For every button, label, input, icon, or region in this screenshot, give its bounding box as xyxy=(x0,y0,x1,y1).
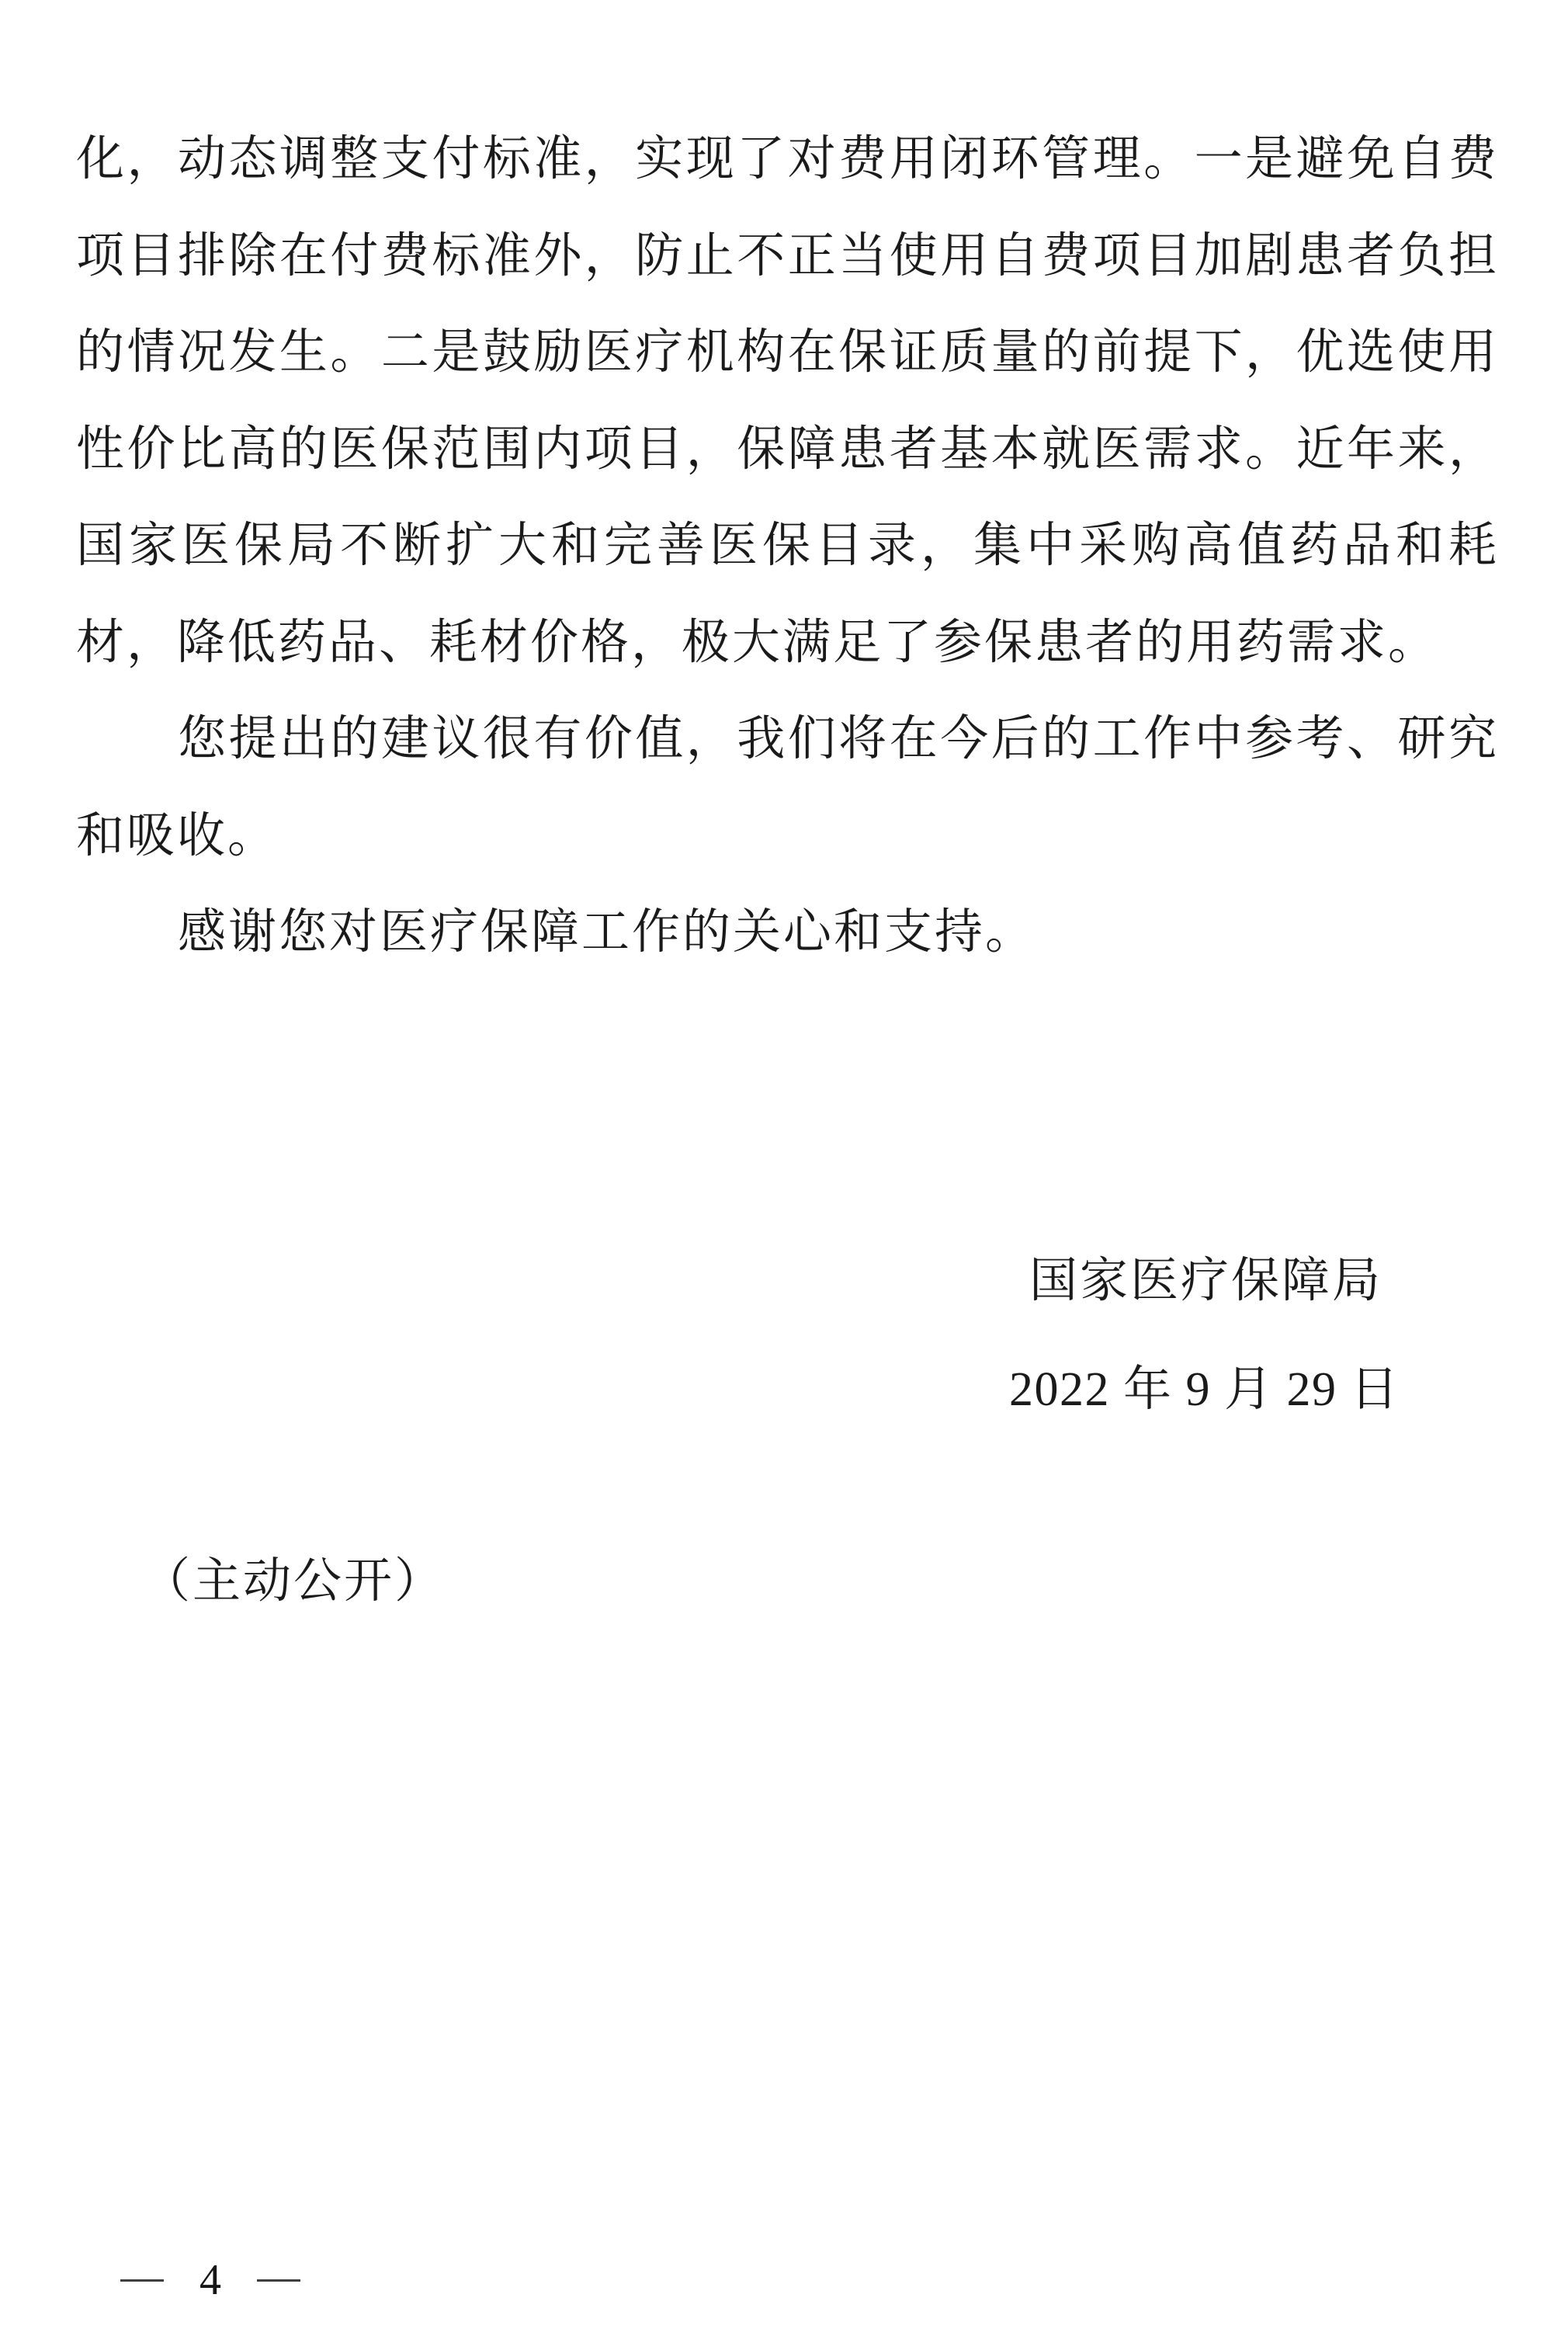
signature-agency: 国家医疗保障局 xyxy=(1029,1255,1382,1307)
body-line: 化，动态调整支付标准，实现了对费用闭环管理。一是避免自费 xyxy=(76,111,1499,208)
disclosure-note: （主动公开） xyxy=(142,1556,445,1607)
letter-body: 化，动态调整支付标准，实现了对费用闭环管理。一是避免自费 项目排除在付费标准外，… xyxy=(76,111,1499,981)
page-footer: 4 xyxy=(120,2256,300,2304)
body-line: 项目排除在付费标准外，防止不正当使用自费项目加剧患者负担 xyxy=(76,208,1499,305)
footer-dash-right xyxy=(257,2279,300,2282)
body-line: 您提出的建议很有价值，我们将在今后的工作中参考、研究 xyxy=(76,691,1499,788)
document-page: 化，动态调整支付标准，实现了对费用闭环管理。一是避免自费 项目排除在付费标准外，… xyxy=(0,0,1568,2329)
body-line: 和吸收。 xyxy=(76,788,1499,885)
body-line: 国家医保局不断扩大和完善医保目录，集中采购高值药品和耗 xyxy=(76,498,1499,595)
body-line: 材，降低药品、耗材价格，极大满足了参保患者的用药需求。 xyxy=(76,595,1499,692)
body-line: 感谢您对医疗保障工作的关心和支持。 xyxy=(76,884,1499,981)
body-line: 性价比高的医保范围内项目，保障患者基本就医需求。近年来， xyxy=(76,401,1499,498)
body-line: 的情况发生。二是鼓励医疗机构在保证质量的前提下，优选使用 xyxy=(76,304,1499,401)
page-number: 4 xyxy=(199,2256,221,2304)
footer-dash-left xyxy=(120,2279,164,2282)
signature-date: 2022 年 9 月 29 日 xyxy=(1009,1364,1400,1415)
